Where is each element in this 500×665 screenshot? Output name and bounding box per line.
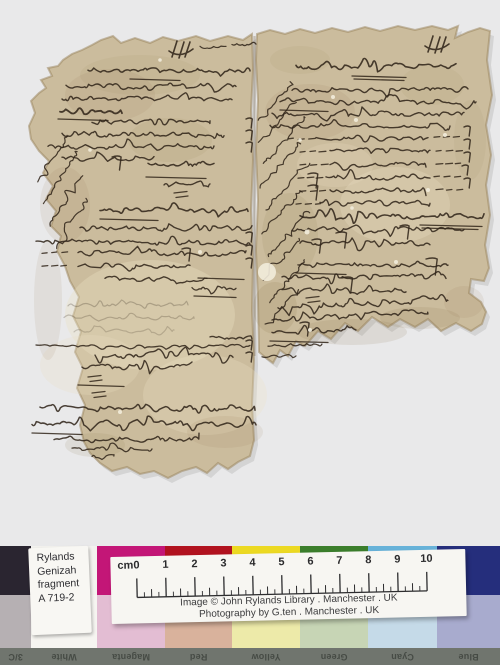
color-label-yellow: Yellow — [232, 648, 300, 665]
color-label-green: Green — [300, 648, 368, 665]
color-label-red: Red — [165, 648, 232, 665]
color-column-3-c — [0, 546, 31, 648]
color-label-white: White — [31, 648, 97, 665]
manuscript-svg — [0, 0, 500, 546]
fragment-label-card: RylandsGenizahfragmentA 719-2 — [28, 546, 92, 635]
color-patch-pastel-3-c — [0, 595, 31, 648]
color-patch-bright-3-c — [0, 546, 31, 595]
ruler-card: cm 012345678910 Image © John Rylands Lib… — [110, 549, 466, 624]
color-label-cyan: Cyan — [368, 648, 437, 665]
color-bar-label-strip: 3/CWhiteMagentaRedYellowGreenCyanBlue — [0, 648, 500, 665]
label-line-4: A 719-2 — [38, 590, 91, 606]
fragment-label-text: RylandsGenizahfragmentA 719-2 — [36, 550, 90, 606]
color-label-3-c: 3/C — [0, 648, 31, 665]
photo-viewer: 3/CWhiteMagentaRedYellowGreenCyanBlue Ry… — [0, 0, 500, 665]
color-label-magenta: Magenta — [97, 648, 165, 665]
color-label-blue: Blue — [437, 648, 500, 665]
